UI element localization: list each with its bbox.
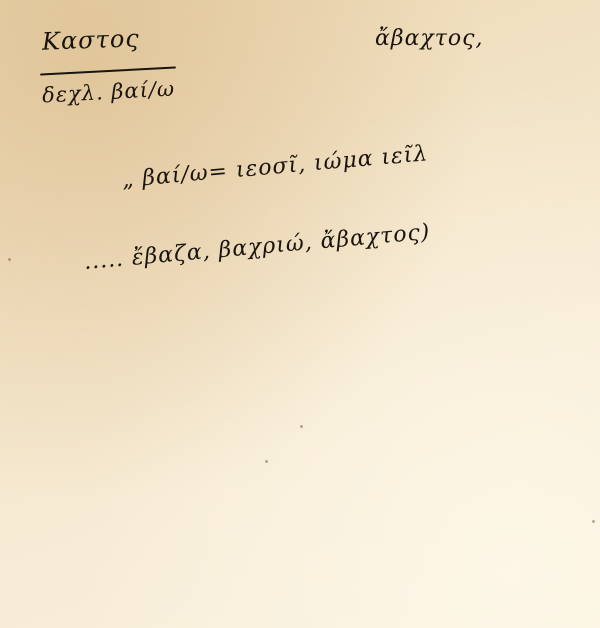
paper-speck <box>300 425 303 428</box>
paper-speck <box>8 258 11 261</box>
subheading-word: δεχλ. βαί/ω <box>41 77 175 108</box>
body-line-1: „ βαί/ω= ιεοσῖ, ιώμα ιεῖλ <box>121 141 429 193</box>
manuscript-page: Καστος δεχλ. βαί/ω ἄβαχτος, „ βαί/ω= ιεο… <box>0 0 600 628</box>
paper-speck <box>592 520 595 523</box>
body-line-2: ..... ἔβαζα, βαχριώ, ἄβαχτος) <box>83 220 431 275</box>
heading-underline <box>40 66 176 75</box>
top-right-note: ἄβαχτος, <box>375 26 484 51</box>
heading-word: Καστος <box>42 24 141 55</box>
paper-speck <box>265 460 268 463</box>
